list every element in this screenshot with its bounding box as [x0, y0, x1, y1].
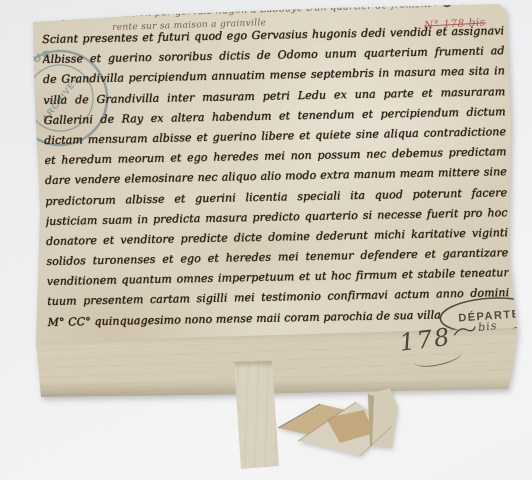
manuscript-photo: PRÉFECTURE ARCHIVES May. 1259. Donation … — [0, 0, 532, 480]
plica-number-suffix-text: bis — [477, 319, 498, 334]
crossed-out-scribble — [434, 0, 468, 9]
seal-tag-twisted-graphic — [268, 386, 408, 466]
charter-text-block: Sciant presentes et futuri quod ego Gerv… — [42, 21, 510, 333]
seal-tag-twisted — [268, 386, 408, 466]
flourish-stroke — [452, 323, 477, 338]
